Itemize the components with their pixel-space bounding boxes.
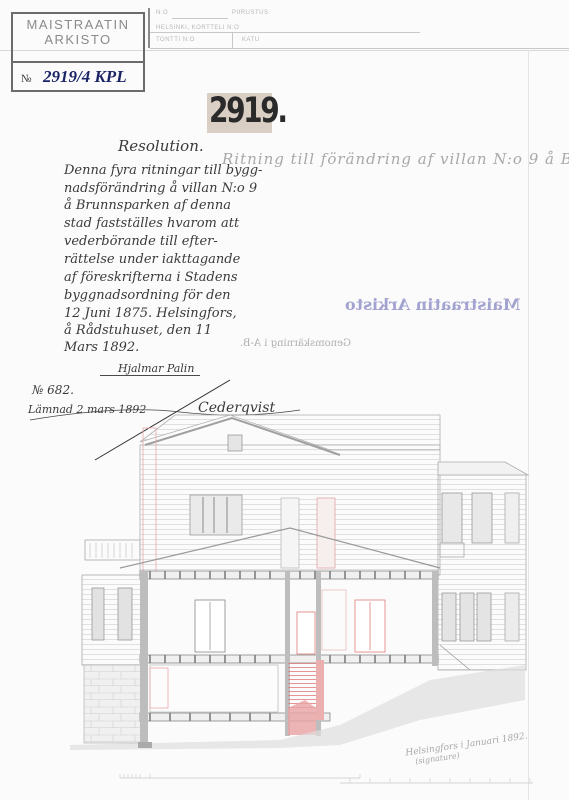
house-section-drawing (0, 0, 569, 800)
document-sheet: MAISTRAATIN ARKISTO № 2919/4 KPL N:O PII… (0, 0, 569, 800)
